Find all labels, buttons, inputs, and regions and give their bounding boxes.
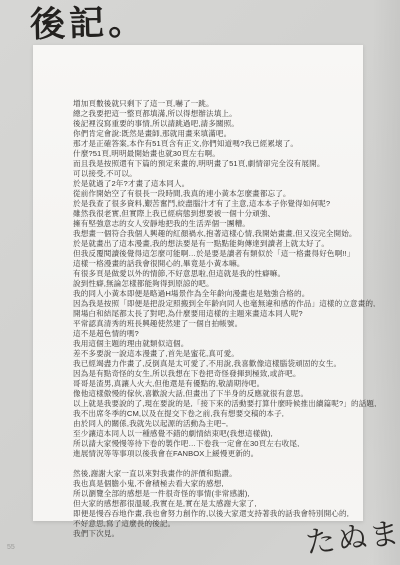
afterword-body: 増加頁數後就只剩下了這一頁,嚇了一跳。總之我要把這一整頁都填滿,所以得想辦法填上…: [73, 99, 395, 539]
body-line: 以上就是我要說的了,現在要說的是,「接下來的活動要打算什麼時候推出續篇呢?」的話…: [73, 399, 395, 409]
body-line: 於是就過了2年?才畫了這本同人。: [73, 179, 395, 189]
body-line: 但我反覆閱讀後覺得這怎麼可能啊…於是要是讀者有類似於「這一格畫得好色啊!!」: [73, 249, 395, 259]
body-line: 可以接受,不可以。: [73, 169, 395, 179]
body-line: 開場白和結尾都太長了對吧,為什麼要用這樣的主題來畫這本同人呢?: [73, 309, 395, 319]
body-line: 從前作開始空了有很長一段時間,我真的連小黃本怎麼畫都忘了。: [73, 189, 395, 199]
body-line: 我不出席冬季的CM,以及在提交下卷之前,我有想要交稿的本子,: [73, 409, 395, 419]
paper-sheet: 増加頁數後就只剩下了這一頁,嚇了一跳。總之我要把這一整頁都填滿,所以得想辦法填上…: [33, 45, 363, 521]
body-line: 然後,謝謝大家一直以來對我畫作的評價和點讚。: [73, 469, 395, 479]
body-line: 擁有堅強意志的女人安靜地把我的生活弄個一團糟。: [73, 219, 395, 229]
body-line: 平常認真清秀的班長興趣使然建了一個自拍帳號。: [73, 319, 395, 329]
body-line: 我已經竭盡力作畫了,反倒真是太可愛了,不用說,我喜歡像這樣腦袋頑固的女生。: [73, 359, 395, 369]
body-line: [73, 459, 395, 469]
body-line: 所以瀏覽全部的感想是一件很奇怪的事情(非常感謝),: [73, 489, 395, 499]
body-line: 差不多要說一說這本漫畫了,首先是蜜花,真可愛。: [73, 349, 395, 359]
body-line: 所以請大家慢慢等待下卷的製作吧…下卷我一定會在30頁左右收尾,: [73, 439, 395, 449]
body-line: 總之我要把這一整頁都填滿,所以得想辦法填上。: [73, 109, 395, 119]
page-title: 後記。: [29, 0, 147, 48]
body-line: 雖然我很老實,但實際上我已經病態到想要被一個十分頑強、: [73, 209, 395, 219]
scanned-afterword-page: 増加頁數後就只剩下了這一頁,嚇了一跳。總之我要把這一整頁都填滿,所以得想辦法填上…: [0, 0, 400, 565]
body-line: 由於同人的關係,我就先以起源的活動為主吧~,: [73, 419, 395, 429]
body-line: 我的同人小黃本即便是略過H場景作為全年齡向漫畫也是勉強合格的。: [73, 289, 395, 299]
body-line: 這不是超色情的嗎?: [73, 329, 395, 339]
body-line: 你們肯定會說:既然是畫師,那就用畫來填滿吧。: [73, 129, 395, 139]
body-line: 後記裡沒寫重要的事情,所以請跳過吧,請多關照。: [73, 119, 395, 129]
body-line: 於是我查了很多資料,艱苦奮鬥,絞盡腦汁才有了主意,這本本子你覺得如何呢?: [73, 199, 395, 209]
body-line: 我也真是個膽小鬼,不會積極去看大家的感想,: [73, 479, 395, 489]
body-line: 我用這個主題的理由就類似這個。: [73, 339, 395, 349]
body-line: 増加頁數後就只剩下了這一頁,嚇了一跳。: [73, 99, 395, 109]
body-line: 因為我是按照「即便是把設定照搬到全年齡向同人也毫無違和感的作品」這樣的立意畫的,: [73, 299, 395, 309]
body-line: 進展情況等等事項以後我會在FANBOX上緩慢更新的。: [73, 449, 395, 459]
body-line: 像他這樣傲慢的傢伙,喜歡說大話,但畫出了下半身的反應就很有意思。: [73, 389, 395, 399]
body-line: 我想畫一個符合我個人興趣的紅顏禍水,抱著這樣心情,我開始畫畫,但又沒完全開始。: [73, 229, 395, 239]
body-line: 那才是正確答案,本作有51頁含有正文,你們知道嗎?我已經累壞了。: [73, 139, 395, 149]
body-line: 至少讓這本同人以一種感覺不錯的劇情結束吧(我想這樣做),: [73, 429, 395, 439]
body-line: 但大家的感想都很溫暖,我實在是,實在是太感謝大家了,: [73, 499, 395, 509]
page-number: 55: [7, 544, 15, 551]
body-line: 有很多頁是做愛以外的情節,不好意思啦,但這就是我的性癖嘛。: [73, 269, 395, 279]
body-line: 這樣一格漫畫的話我會很開心的,畢竟是小黃本嘛。: [73, 259, 395, 269]
body-line: 什麼?51頁,明明最開始畫也就30頁左右啊。: [73, 149, 395, 159]
body-line: 說到性癖,無論怎樣都能夠得到原諒的吧。: [73, 279, 395, 289]
artist-signature: たぬま: [303, 508, 400, 562]
body-line: 而且我是按照還有下篇的預定來畫的,明明畫了51頁,劇情卻完全沒有展開。: [73, 159, 395, 169]
body-line: 於是就畫出了這本漫畫,我的想法要是有一點點能夠傳達到讀者上就太好了。: [73, 239, 395, 249]
body-line: 因為是有點奇怪的女生,所以我想在下卷把奇怪發揮到極致,或許吧。: [73, 369, 395, 379]
body-line: 哥哥是渣男,真讓人火大,但他還是有優點的,敬請期待吧。: [73, 379, 395, 389]
